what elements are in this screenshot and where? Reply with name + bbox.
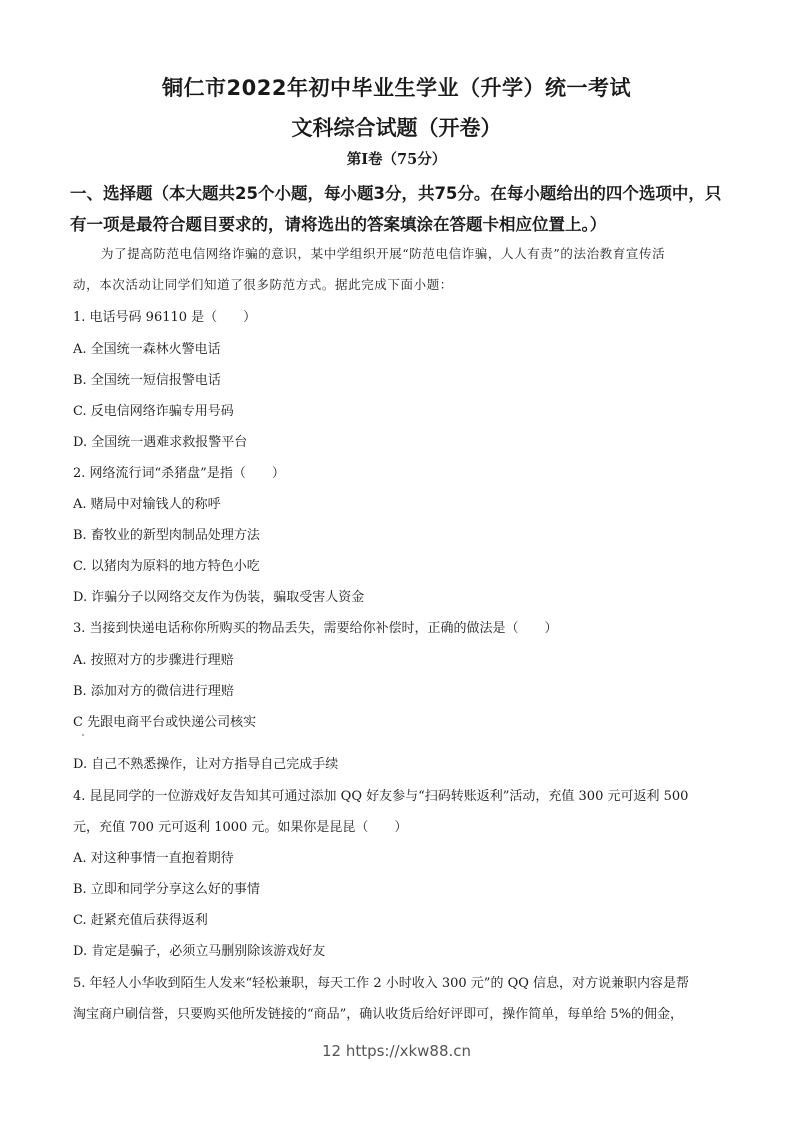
question-stem-line-1: 5. 年轻人小华收到陌生人发来“轻松兼职，每天工作 2 小时收入 300 元”的… [73, 972, 689, 991]
option-b: B. 立即和同学分享这么好的事情 [73, 878, 260, 897]
option-d: D. 自己不熟悉操作，让对方指导自己完成手续 [73, 753, 338, 772]
option-a: A. 赌局中对输钱人的称呼 [73, 493, 221, 512]
page-footer: 12 https://xkw88.cn [0, 1042, 793, 1060]
option-b: B. 全国统一短信报警电话 [73, 369, 221, 388]
option-b: B. 畜牧业的新型肉制品处理方法 [73, 524, 260, 543]
exam-page: 铜仁市2022年初中毕业生学业（升学）统一考试 文科综合试题（开卷） 第I卷（7… [0, 0, 793, 1122]
section-heading-line-1: 一、选择题（本大题共25个小题，每小题3分，共75分。在每小题给出的四个选项中，… [70, 180, 721, 204]
stray-mark [82, 734, 84, 736]
intro-paragraph-line-2: 动，本次活动让同学们知道了很多防范方式。据此完成下面小题： [73, 275, 453, 293]
exam-subtitle: 文科综合试题（开卷） [0, 112, 793, 142]
option-c: C. 以猪肉为原料的地方特色小吃 [73, 555, 260, 574]
question-stem-line-2: 元，充值 700 元可返利 1000 元。如果你是昆昆（ ） [73, 816, 407, 835]
section-heading-line-2: 有一项是最符合题目要求的，请将选出的答案填涂在答题卡相应位置上。） [70, 211, 606, 235]
volume-heading: 第I卷（75分） [0, 148, 793, 169]
option-c: C. 赶紧充值后获得返利 [73, 909, 208, 928]
question-stem: 2. 网络流行词“杀猪盘”是指（ ） [73, 462, 285, 481]
option-d: D. 肯定是骗子，必须立马删别除该游戏好友 [73, 940, 325, 959]
option-c: C. 反电信网络诈骗专用号码 [73, 400, 234, 419]
option-d: D. 诈骗分子以网络交友作为伪装，骗取受害人资金 [73, 586, 364, 605]
option-b: B. 添加对方的微信进行理赔 [73, 680, 234, 699]
question-stem: 3. 当接到快递电话称你所购买的物品丢失，需要给你补偿时，正确的做法是（ ） [73, 617, 558, 636]
intro-paragraph-line-1: 为了提高防范电信网络诈骗的意识，某中学组织开展“防范电信诈骗，人人有责”的法治教… [101, 244, 665, 262]
option-a: A. 全国统一森林火警电话 [73, 338, 221, 357]
option-d: D. 全国统一遇难求救报警平台 [73, 431, 247, 450]
option-c: C 先跟电商平台或快递公司核实 [73, 711, 256, 730]
question-stem-line-1: 4. 昆昆同学的一位游戏好友告知其可通过添加 QQ 好友参与“扫码转账返利”活动… [73, 785, 688, 804]
option-a: A. 对这种事情一直抱着期待 [73, 847, 234, 866]
option-a: A. 按照对方的步骤进行理赔 [73, 649, 234, 668]
question-stem-line-2: 淘宝商户刷信誉，只要购买他所发链接的“商品”，确认收货后给好评即可，操作简单，每… [73, 1003, 683, 1022]
question-stem: 1. 电话号码 96110 是（ ） [73, 306, 256, 325]
exam-title: 铜仁市2022年初中毕业生学业（升学）统一考试 [0, 72, 793, 102]
